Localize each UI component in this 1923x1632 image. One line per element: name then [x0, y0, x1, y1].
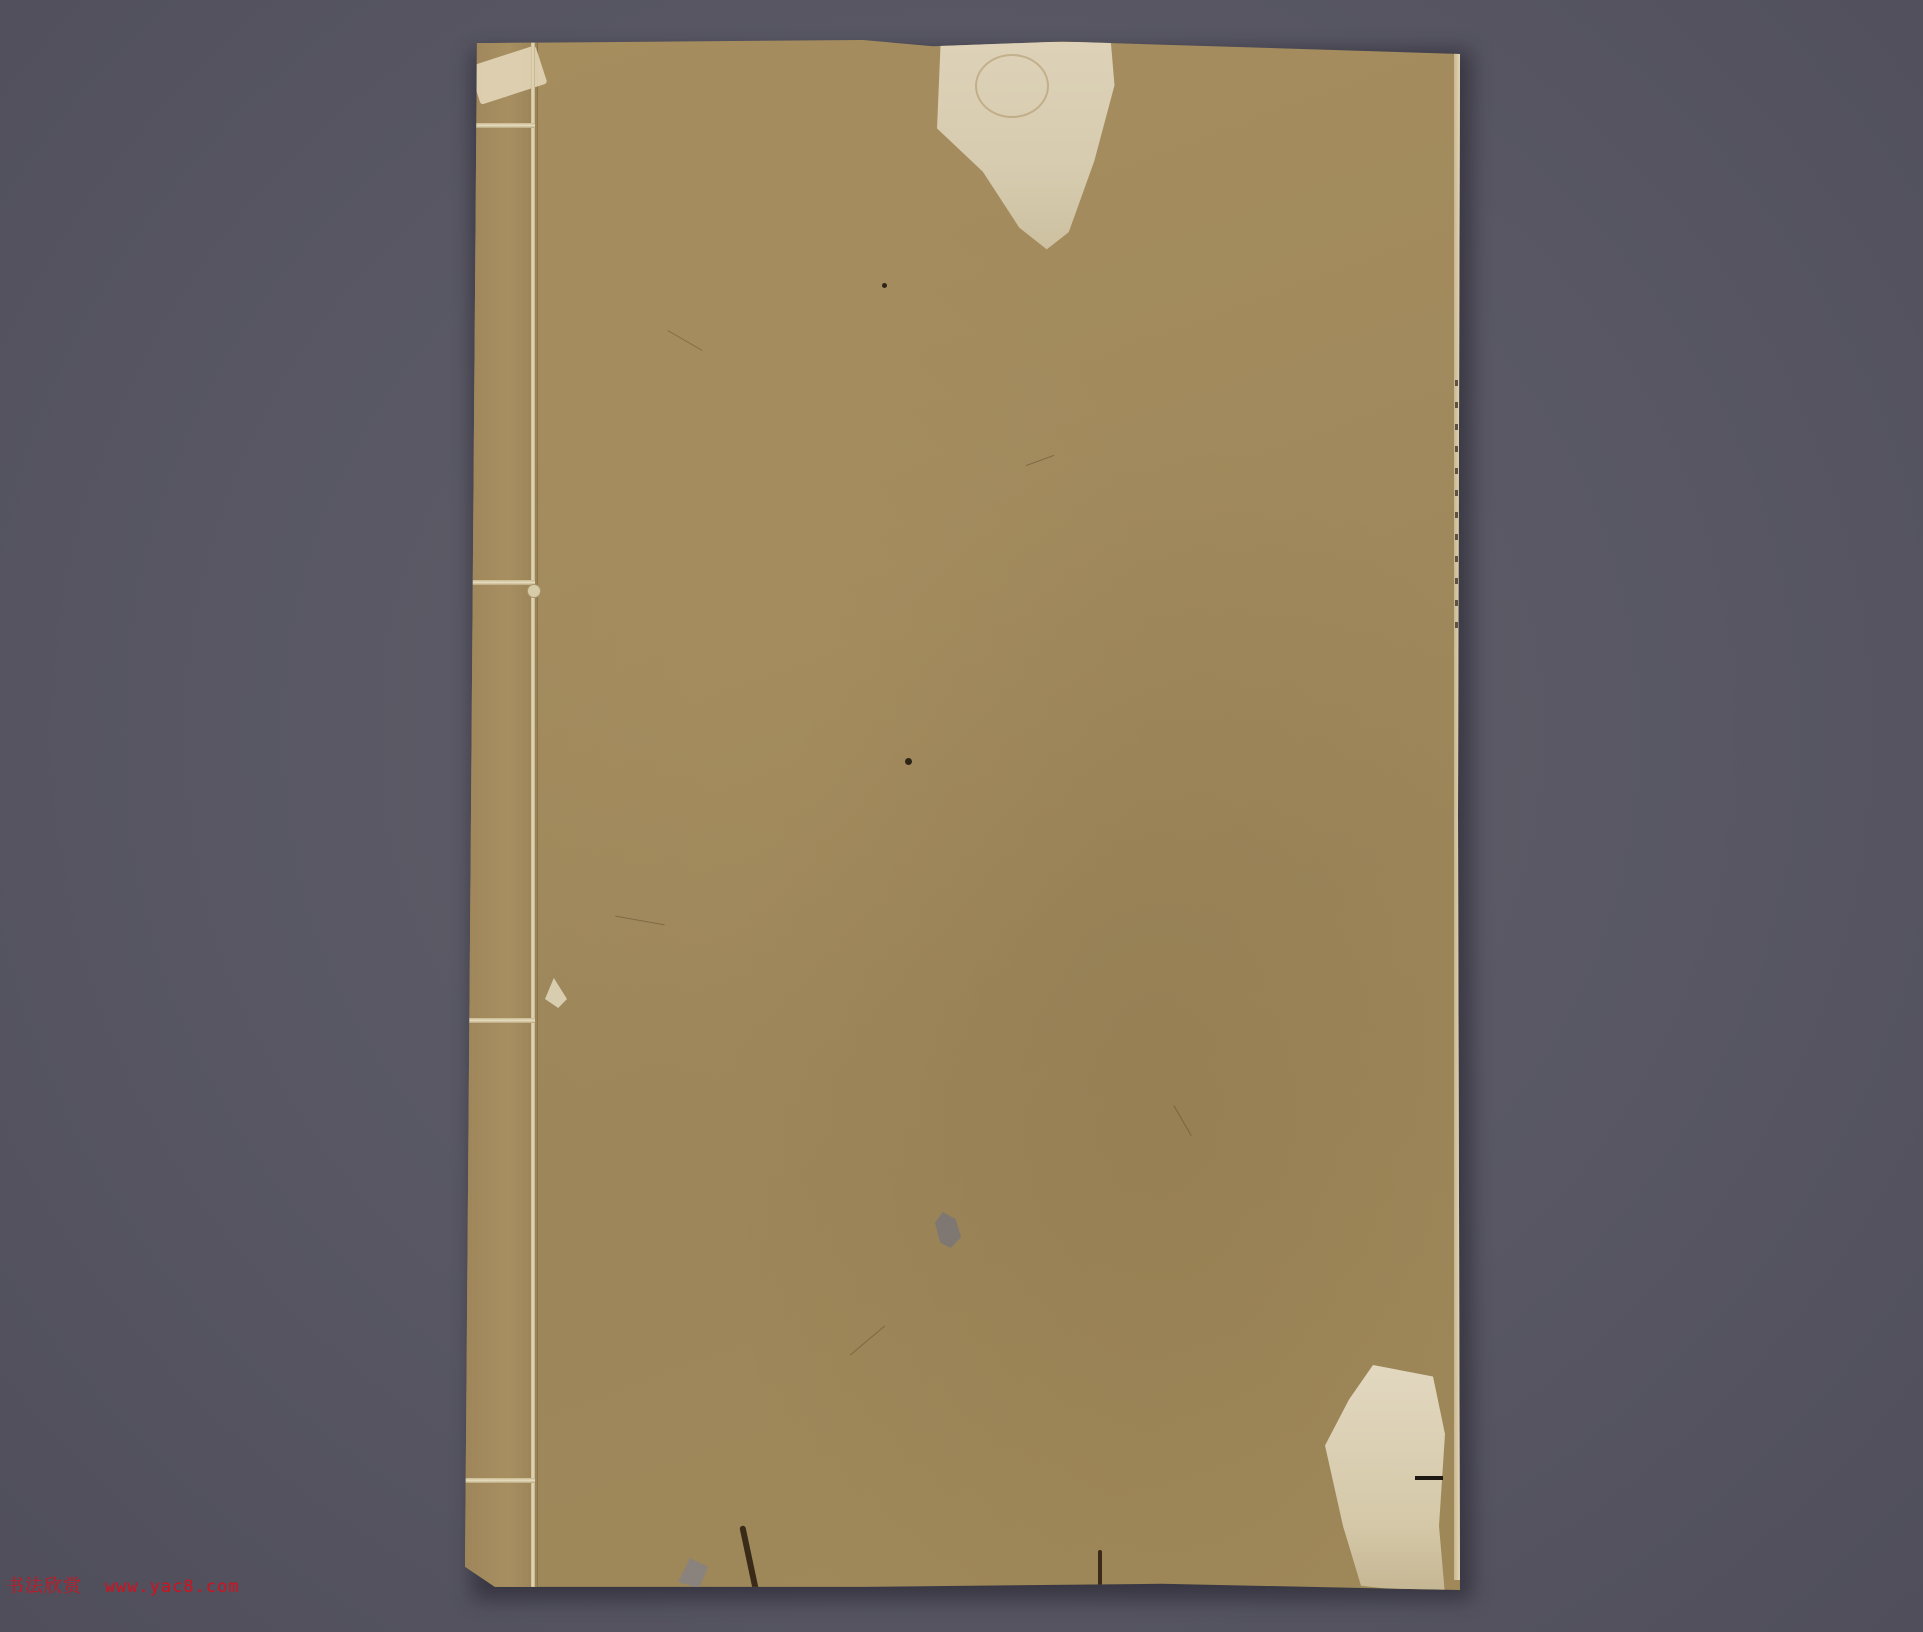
binding-knot	[527, 584, 541, 598]
photo-scene: 书法欣赏 www.yac8.com	[0, 0, 1923, 1632]
paper-fiber	[615, 916, 664, 926]
binding-stitch-upper-middle	[465, 580, 535, 585]
bottom-edge-tear	[678, 1558, 708, 1588]
water-stain	[975, 54, 1049, 118]
watermark-url: www.yac8.com	[105, 1577, 240, 1597]
small-hole	[882, 283, 887, 288]
spine-tear	[545, 978, 567, 1008]
watermark: 书法欣赏 www.yac8.com	[6, 1572, 240, 1598]
paper-fiber	[667, 330, 702, 351]
watermark-chinese: 书法欣赏	[6, 1576, 82, 1597]
small-hole	[905, 758, 912, 765]
page-edge-marks	[1455, 380, 1458, 640]
torn-cover-bottom-right	[1325, 1365, 1445, 1595]
book-spine	[465, 40, 538, 1590]
binding-thread	[531, 40, 535, 1590]
paper-fiber	[850, 1326, 885, 1356]
edge-mark	[1415, 1476, 1443, 1480]
worm-hole	[935, 1212, 961, 1248]
binding-stitch-lower-middle	[465, 1018, 535, 1023]
book-cover	[465, 40, 1460, 1590]
binding-stitch-bottom	[465, 1478, 535, 1483]
paper-fiber	[1173, 1105, 1191, 1136]
paper-fiber	[1026, 455, 1055, 466]
